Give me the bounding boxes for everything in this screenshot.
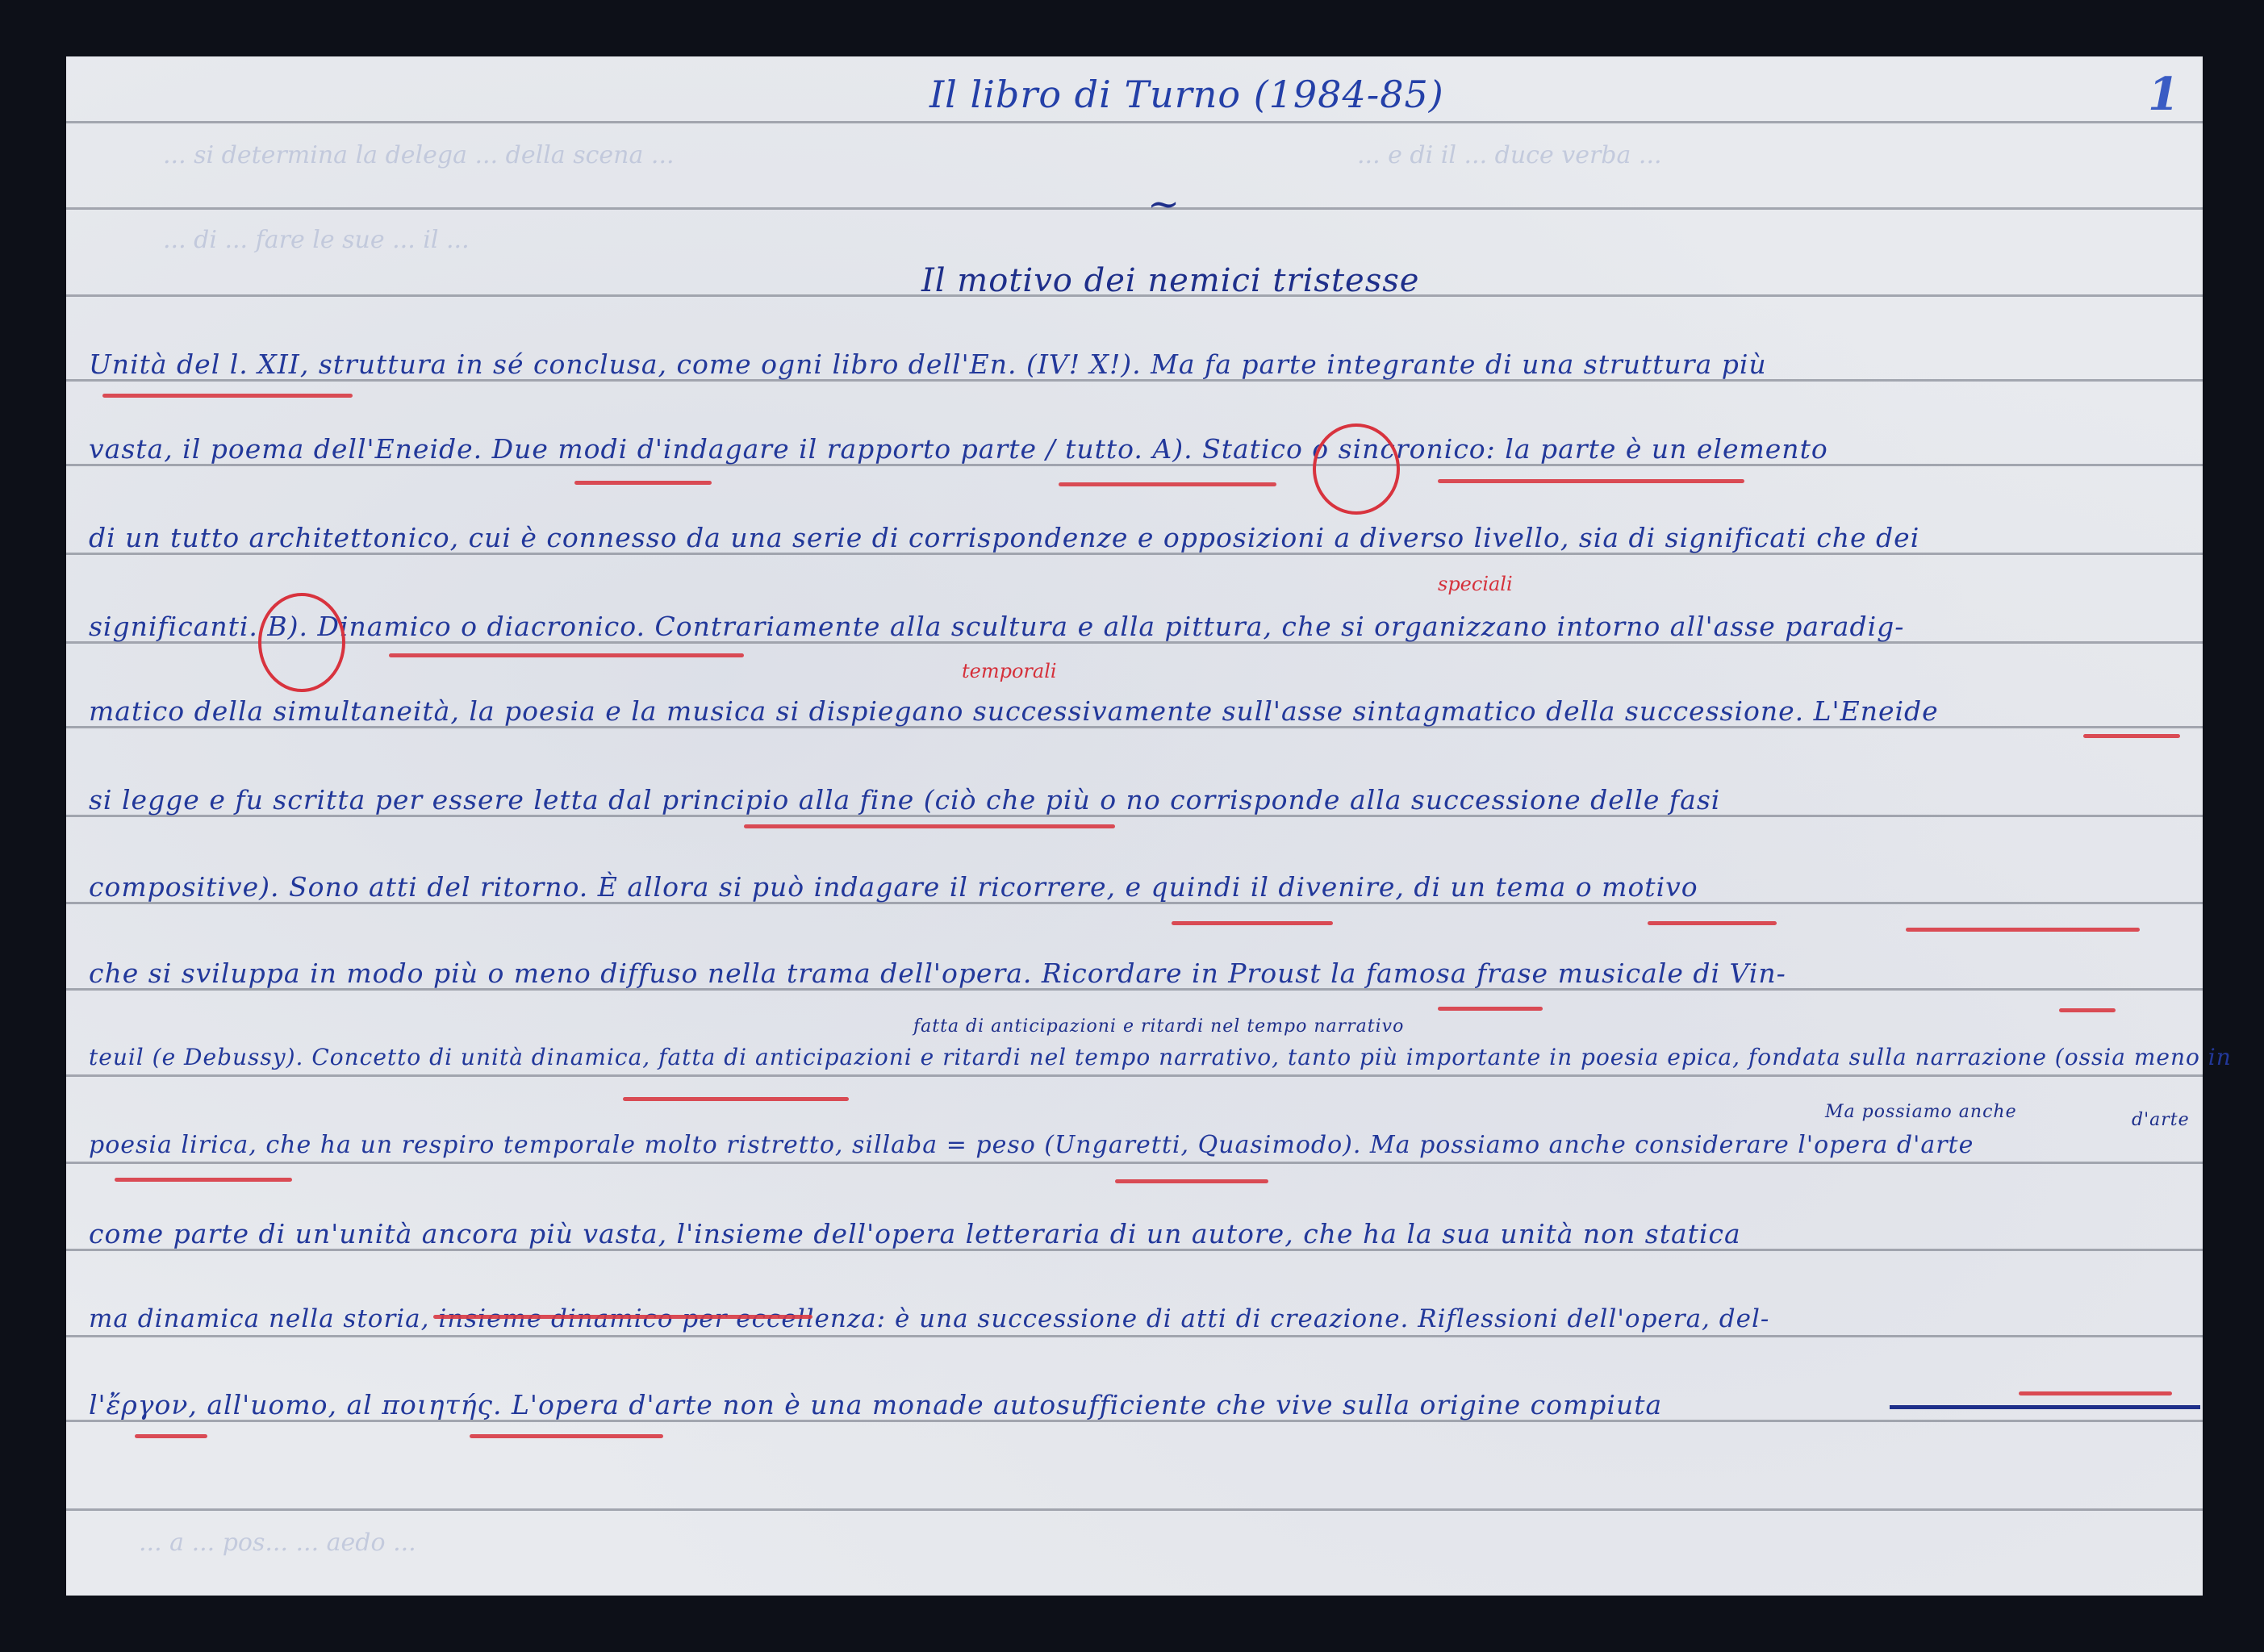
text-line: compositive). Sono atti del ritorno. È a… bbox=[89, 871, 1698, 903]
text-line: vasta, il poema dell'Eneide. Due modi d'… bbox=[89, 433, 1828, 465]
circled-marker-a bbox=[1313, 423, 1400, 515]
bleed-through-text: ... di ... fare le sue ... il ... bbox=[163, 226, 470, 254]
text-line: Unità del l. XII, struttura in sé conclu… bbox=[89, 348, 1767, 380]
text-line: matico della simultaneità, la poesia e l… bbox=[89, 695, 1939, 727]
text-line: poesia lirica, che ha un respiro tempora… bbox=[89, 1131, 1974, 1159]
interlinear-note-red: temporali bbox=[962, 660, 1057, 682]
red-underline bbox=[115, 1178, 292, 1182]
manuscript-page: ... si determina la delega ... della sce… bbox=[66, 56, 2203, 1596]
red-underline bbox=[389, 653, 744, 657]
strikethrough-mark bbox=[1890, 1405, 2200, 1409]
ruled-line bbox=[66, 1508, 2203, 1511]
ruled-line bbox=[66, 121, 2203, 123]
red-underline bbox=[2019, 1391, 2172, 1395]
red-underline bbox=[1172, 921, 1333, 925]
red-underline bbox=[470, 1434, 663, 1438]
text-line: di un tutto architettonico, cui è connes… bbox=[89, 522, 1919, 553]
red-underline bbox=[1906, 928, 2140, 932]
bleed-through-text: ... a ... pos... ... aedo ... bbox=[139, 1529, 416, 1557]
red-underline bbox=[1059, 482, 1276, 486]
interlinear-note-red: speciali bbox=[1438, 573, 1513, 595]
red-underline bbox=[623, 1097, 849, 1101]
text-line: significanti. B). Dinamico o diacronico.… bbox=[89, 611, 1904, 642]
ruled-line bbox=[66, 1162, 2203, 1164]
red-underline bbox=[2083, 734, 2180, 738]
page-number: 1 bbox=[2148, 68, 2180, 121]
red-underline bbox=[574, 481, 712, 485]
page-title: Il libro di Turno (1984-85) bbox=[929, 73, 1444, 116]
text-line: teuil (e Debussy). Concetto di unità din… bbox=[89, 1044, 2232, 1070]
red-underline bbox=[744, 824, 1115, 828]
red-underline bbox=[1438, 1007, 1543, 1011]
bleed-through-text: ... e di il ... duce verba ... bbox=[1357, 141, 1662, 169]
interlinear-note: d'arte bbox=[2132, 1110, 2190, 1130]
text-line: ma dinamica nella storia, insieme dinami… bbox=[89, 1304, 1769, 1333]
interlinear-note: Ma possiamo anche bbox=[1825, 1102, 2017, 1122]
separator-tilde: ~ bbox=[1147, 181, 1180, 227]
circled-marker-b bbox=[258, 593, 345, 692]
text-line: si legge e fu scritta per essere letta d… bbox=[89, 784, 1720, 816]
bleed-through-text: ... si determina la delega ... della sce… bbox=[163, 141, 675, 169]
red-underline bbox=[1438, 479, 1744, 483]
red-underline bbox=[102, 394, 353, 398]
red-underline bbox=[1648, 921, 1777, 925]
red-underline bbox=[1115, 1179, 1268, 1183]
text-line: come parte di un'unità ancora più vasta,… bbox=[89, 1218, 1741, 1249]
interlinear-note: fatta di anticipazioni e ritardi nel tem… bbox=[913, 1016, 1404, 1037]
text-line: che si sviluppa in modo più o meno diffu… bbox=[89, 957, 1786, 989]
ruled-line bbox=[66, 1074, 2203, 1077]
ruled-line bbox=[66, 1335, 2203, 1337]
section-subtitle: Il motivo dei nemici tristesse bbox=[921, 262, 1419, 299]
red-underline bbox=[433, 1315, 812, 1319]
ruled-line bbox=[66, 207, 2203, 210]
text-line: l'ἔργον, all'uomo, al ποιητής. L'opera d… bbox=[89, 1389, 1662, 1420]
red-underline bbox=[135, 1434, 207, 1438]
red-underline bbox=[2059, 1008, 2116, 1012]
